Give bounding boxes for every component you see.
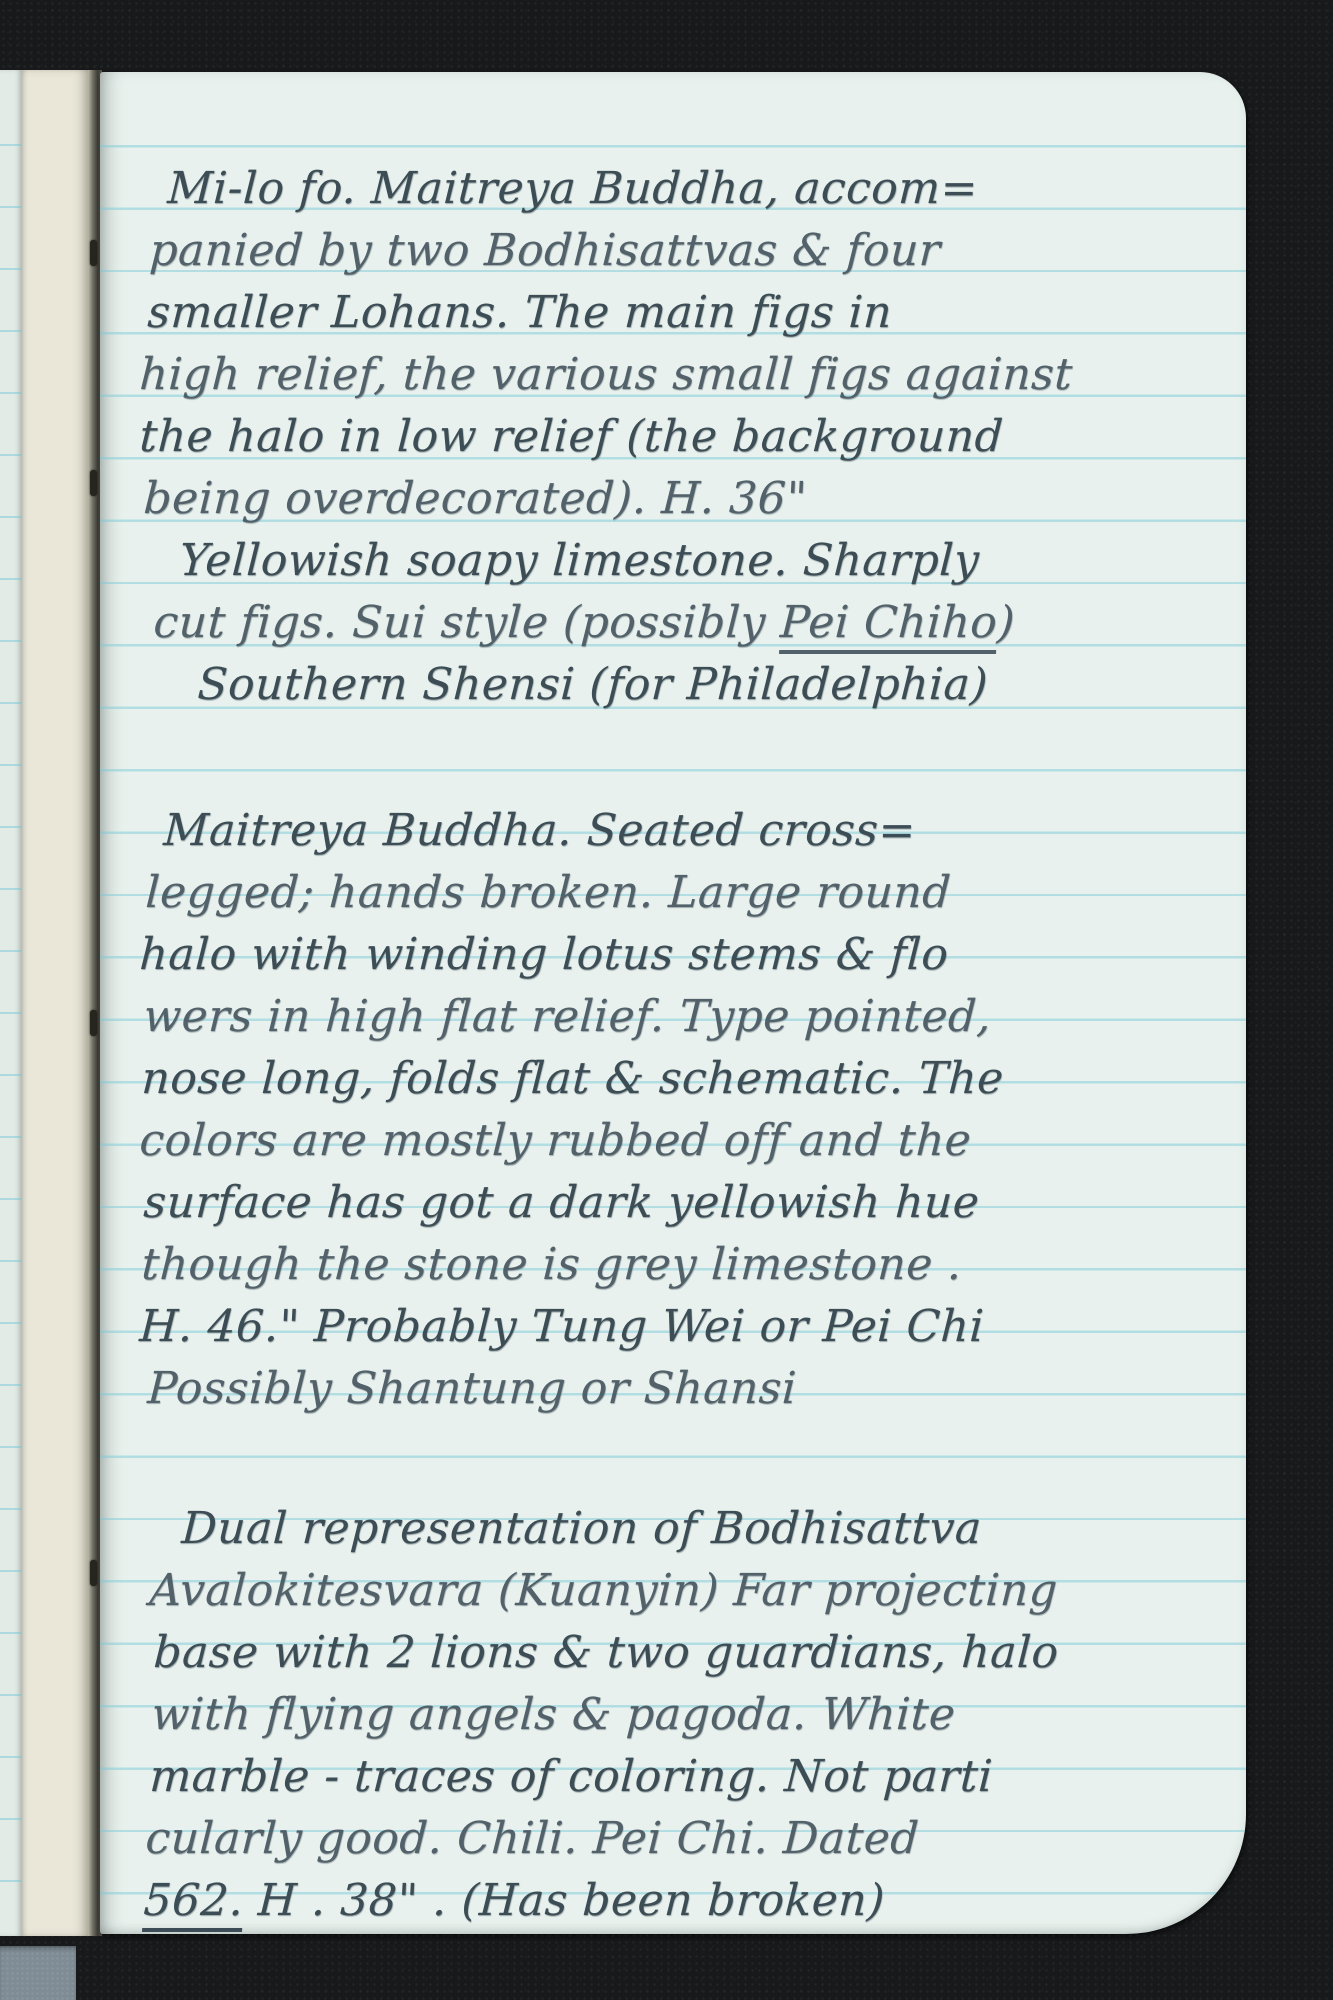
handwriting-segment: colors are mostly rubbed off and the [138,1115,972,1166]
handwriting-segment: ) [996,597,1016,648]
handwriting-line: Possibly Shantung or Shansi [138,1358,1223,1420]
handwriting-segment: being overdecorated). H. 36" [142,473,808,524]
handwriting-segment: panied by two Bodhisattvas & four [148,225,942,276]
page-edge-stack [22,70,90,1936]
handwriting-line: Southern Shensi (for Philadelphia) [138,654,1223,716]
handwriting-segment: marble - traces of coloring. Not parti [148,1751,994,1802]
handwriting-segment: smaller Lohans. The main figs in [146,287,893,338]
handwriting-line: Maitreya Buddha. Seated cross= [138,800,1223,862]
handwriting-segment: high relief, the various small figs agai… [138,349,1074,400]
binding-stitch [90,1010,97,1036]
handwriting-segment: Yellowish soapy limestone. Sharply [178,535,980,586]
handwriting-line: Yellowish soapy limestone. Sharply [138,530,1223,592]
handwriting-segment: surface has got a dark yellowish hue [142,1177,980,1228]
kuanyin-entry: Dual representation of BodhisattvaAvalok… [138,1498,1220,1932]
handwriting-line: Avalokitesvara (Kuanyin) Far projecting [138,1560,1223,1622]
adjacent-page-edge [0,70,22,1936]
handwriting-line: nose long, folds flat & schematic. The [138,1048,1223,1110]
handwriting-segment: Avalokitesvara (Kuanyin) Far projecting [148,1565,1059,1616]
handwriting-line: surface has got a dark yellowish hue [138,1172,1223,1234]
handwriting-segment: legged; hands broken. Large round [144,867,952,918]
handwriting-line: legged; hands broken. Large round [138,862,1223,924]
handwriting-line: Mi-lo fo. Maitreya Buddha, accom= [138,158,1223,220]
handwriting-line: Dual representation of Bodhisattva [138,1498,1223,1560]
handwriting-line: cut figs. Sui style (possibly Pei Chiho) [138,592,1223,654]
handwriting-line: base with 2 lions & two guardians, halo [138,1622,1223,1684]
handwriting-line: smaller Lohans. The main figs in [138,282,1223,344]
handwriting-line: wers in high flat relief. Type pointed, [138,986,1223,1048]
handwriting-segment: Southern Shensi (for Philadelphia) [196,659,989,710]
handwritten-note: Mi-lo fo. Maitreya Buddha, accom=panied … [138,158,1220,1932]
handwriting-segment: though the stone is grey limestone . [140,1239,963,1290]
handwriting-line: panied by two Bodhisattvas & four [138,220,1223,282]
handwriting-line: colors are mostly rubbed off and the [138,1110,1223,1172]
handwriting-segment: wers in high flat relief. Type pointed, [142,991,992,1042]
handwriting-line: high relief, the various small figs agai… [138,344,1223,406]
handwriting-segment: H. 46." Probably Tung Wei or Pei Chi [138,1301,985,1352]
handwriting-line: cularly good. Chili. Pei Chi. Dated [138,1808,1223,1870]
handwriting-line: being overdecorated). H. 36" [138,468,1223,530]
handwriting-segment: cularly good. Chili. Pei Chi. Dated [144,1813,920,1864]
handwriting-segment: nose long, folds flat & schematic. The [140,1053,1005,1104]
handwriting-segment: cut figs. Sui style (possibly [152,597,781,648]
handwriting-segment: Possibly Shantung or Shansi [146,1363,798,1414]
binding-stitch [90,1560,97,1586]
binding-stitch [90,470,97,496]
handwriting-line: 562. H . 38" . (Has been broken) [138,1870,1223,1932]
underlined-text: 562. [142,1875,245,1932]
handwriting-segment: halo with winding lotus stems & flo [138,929,950,980]
handwriting-line: with flying angels & pagoda. White [138,1684,1223,1746]
handwriting-line: though the stone is grey limestone . [138,1234,1223,1296]
handwriting-line: H. 46." Probably Tung Wei or Pei Chi [138,1296,1223,1358]
mi-lo-fo-entry: Mi-lo fo. Maitreya Buddha, accom=panied … [138,158,1220,716]
handwriting-line: halo with winding lotus stems & flo [138,924,1223,986]
handwriting-line: the halo in low relief (the background [138,406,1223,468]
fabric-strip [0,1946,76,2000]
underlined-text: Pei Chiho [779,597,999,654]
notebook-page: Mi-lo fo. Maitreya Buddha, accom=panied … [100,72,1246,1934]
handwriting-segment: the halo in low relief (the background [138,411,1004,462]
handwriting-segment: Dual representation of Bodhisattva [180,1503,983,1554]
handwriting-segment: Maitreya Buddha. Seated cross= [162,805,917,856]
handwriting-segment: base with 2 lions & two guardians, halo [152,1627,1060,1678]
handwriting-segment: with flying angels & pagoda. White [150,1689,957,1740]
handwriting-segment: Mi-lo fo. Maitreya Buddha, accom= [166,163,979,214]
handwriting-line: marble - traces of coloring. Not parti [138,1746,1223,1808]
binding-stitch [90,240,97,266]
maitreya-entry: Maitreya Buddha. Seated cross=legged; ha… [138,800,1220,1420]
handwriting-segment: H . 38" . (Has been broken) [242,1875,886,1926]
